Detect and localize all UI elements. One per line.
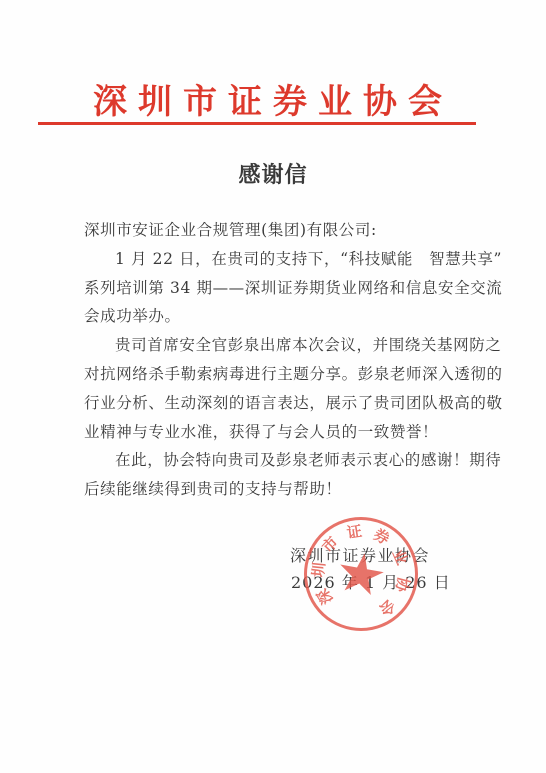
- body-line: 行业分析、生动深刻的语言表达，展示了贵司团队极高的敬: [84, 389, 480, 418]
- body-line: 深圳市安证企业合规管理(集团)有限公司:: [84, 216, 480, 245]
- body-line: 1 月 22 日，在贵司的支持下，“科技赋能 智慧共享”: [84, 245, 480, 274]
- signature-date: 2026 年 1 月 26 日: [291, 570, 451, 593]
- letter-page: 深圳市证券业协会 感谢信 深圳市安证企业合规管理(集团)有限公司:1 月 22 …: [0, 0, 546, 773]
- body-text: 深圳市安证企业合规管理(集团)有限公司:1 月 22 日，在贵司的支持下，“科技…: [84, 216, 480, 504]
- letterhead-org-name: 深圳市证券业协会: [0, 74, 546, 123]
- body-line: 业精神与专业水准，获得了与会人员的一致赞誉！: [84, 418, 480, 447]
- seal-arc-char: 证: [345, 520, 363, 543]
- signature-org: 深圳市证券业协会: [290, 543, 430, 566]
- seal-arc-char: 会: [375, 595, 400, 621]
- body-line: 在此，协会特向贵司及彭泉老师表示衷心的感谢！期待: [84, 446, 480, 475]
- letter-title: 感谢信: [0, 158, 546, 189]
- body-line: 后续能继续得到贵司的支持与帮助！: [84, 475, 480, 504]
- letterhead-rule: [38, 122, 476, 125]
- body-line: 会成功举办。: [84, 302, 480, 331]
- body-line: 贵司首席安全官彭泉出席本次会议，并围绕关基网防之: [84, 331, 480, 360]
- body-line: 对抗网络杀手勒索病毒进行主题分享。彭泉老师深入透彻的: [84, 360, 480, 389]
- body-line: 系列培训第 34 期——深圳证券期货业网络和信息安全交流: [84, 274, 480, 303]
